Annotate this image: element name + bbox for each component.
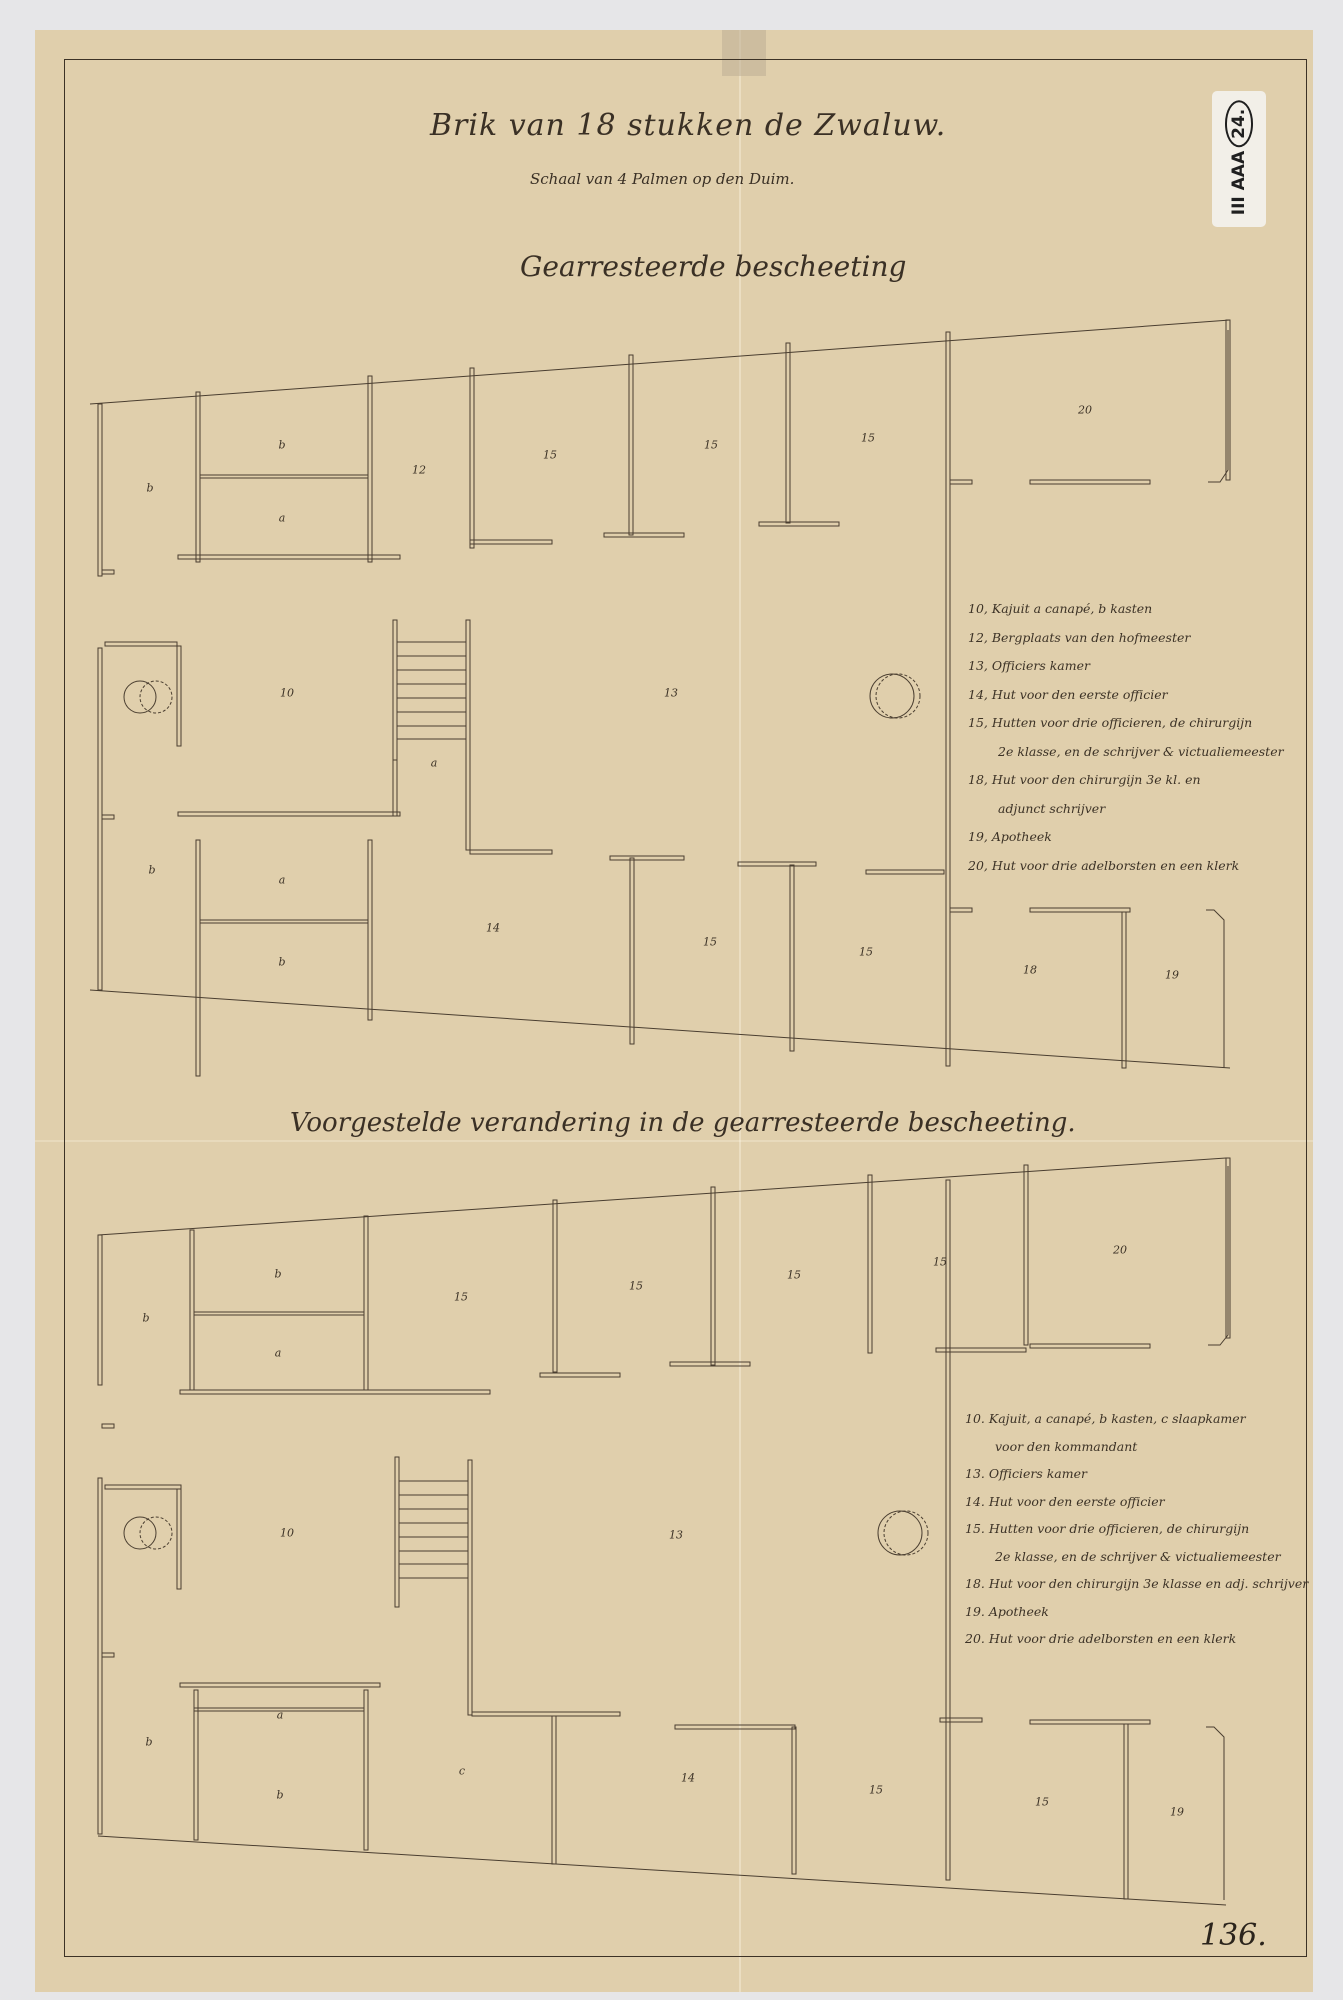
plan-2-room-19: 19 (1170, 1806, 1184, 1819)
legend-item-continuation: adjunct schrijver (968, 795, 1284, 824)
plan-2-room-14: 14 (681, 1772, 695, 1785)
legend-item: 14, Hut voor den eerste officier (968, 681, 1284, 710)
legend-item-continuation: voor den kommandant (965, 1433, 1308, 1461)
plan-1-room-a: a (279, 512, 286, 525)
plan-2-room-13: 13 (669, 1529, 683, 1542)
plan-1-room-12: 12 (412, 464, 426, 477)
plan-1-room-15b: 15 (704, 439, 718, 452)
legend-item: 13, Officiers kamer (968, 652, 1284, 681)
plan-2-room-15a: 15 (629, 1280, 643, 1293)
plan-1-room-19: 19 (1165, 969, 1179, 982)
plan-1-room-b: b (278, 439, 285, 452)
legend-item: 20, Hut voor drie adelborsten en een kle… (968, 852, 1284, 881)
plan-1-legend: 10, Kajuit a canapé, b kasten 12, Bergpl… (968, 595, 1284, 880)
plan-1-room-20: 20 (1078, 404, 1092, 417)
plan-2-legend: 10. Kajuit, a canapé, b kasten, c slaapk… (965, 1405, 1308, 1653)
plan-1-room-18: 18 (1023, 964, 1037, 977)
plan-1-room-a-stair: a (431, 757, 438, 770)
legend-item: 20. Hut voor drie adelborsten en een kle… (965, 1625, 1308, 1653)
plan-1-room-10: 10 (280, 687, 294, 700)
plan-2-room-15b: 15 (787, 1269, 801, 1282)
plan-2-room-15w: 15 (454, 1291, 468, 1304)
legend-item: 15, Hutten voor drie officieren, de chir… (968, 709, 1284, 738)
legend-item-continuation: 2e klasse, en de schrijver & victualieme… (965, 1543, 1308, 1571)
legend-item: 10, Kajuit a canapé, b kasten (968, 595, 1284, 624)
plan-1-room-b-lower: b (278, 956, 285, 969)
plan-1-room-15a: 15 (543, 449, 557, 462)
legend-item: 18, Hut voor den chirurgijn 3e kl. en (968, 766, 1284, 795)
legend-item: 12, Bergplaats van den hofmeester (968, 624, 1284, 653)
plan-2-room-15c: 15 (933, 1256, 947, 1269)
sheet-number: 136. (1200, 1918, 1267, 1953)
plan-2-room-18: 15 (1035, 1796, 1049, 1809)
plan-2-room-b: b (274, 1268, 281, 1281)
plan-2-room-b-lower: b (276, 1789, 283, 1802)
legend-item: 18. Hut voor den chirurgijn 3e klasse en… (965, 1570, 1308, 1598)
plan-2-room-b-stern: b (142, 1312, 149, 1325)
legend-item: 19, Apotheek (968, 823, 1284, 852)
legend-item: 15. Hutten voor drie officieren, de chir… (965, 1515, 1308, 1543)
plan-1-room-15c: 15 (861, 432, 875, 445)
plan-2-room-20: 20 (1113, 1244, 1127, 1257)
plan-1-room-b-stern: b (146, 482, 153, 495)
legend-item: 19. Apotheek (965, 1598, 1308, 1626)
plan-1-room-a-lower: a (279, 874, 286, 887)
plan-2-room-a: a (275, 1347, 282, 1360)
plan-2-room-c: c (459, 1765, 465, 1778)
plan-1-room-15e: 15 (859, 946, 873, 959)
legend-item: 14. Hut voor den eerste officier (965, 1488, 1308, 1516)
plan-1-room-b-stern-lower: b (148, 864, 155, 877)
plan-2-room-10: 10 (280, 1527, 294, 1540)
plan-2-room-15d: 15 (869, 1784, 883, 1797)
legend-item: 10. Kajuit, a canapé, b kasten, c slaapk… (965, 1405, 1308, 1433)
deck-plan-drawing (0, 0, 1343, 2000)
plan-2-room-a-lower: a (277, 1709, 284, 1722)
plan-1-room-14: 14 (486, 922, 500, 935)
plan-2-room-b-stern-lower: b (145, 1736, 152, 1749)
plan-1-room-13: 13 (664, 687, 678, 700)
plan-1-room-15d: 15 (703, 936, 717, 949)
legend-item-continuation: 2e klasse, en de schrijver & victualieme… (968, 738, 1284, 767)
legend-item: 13. Officiers kamer (965, 1460, 1308, 1488)
